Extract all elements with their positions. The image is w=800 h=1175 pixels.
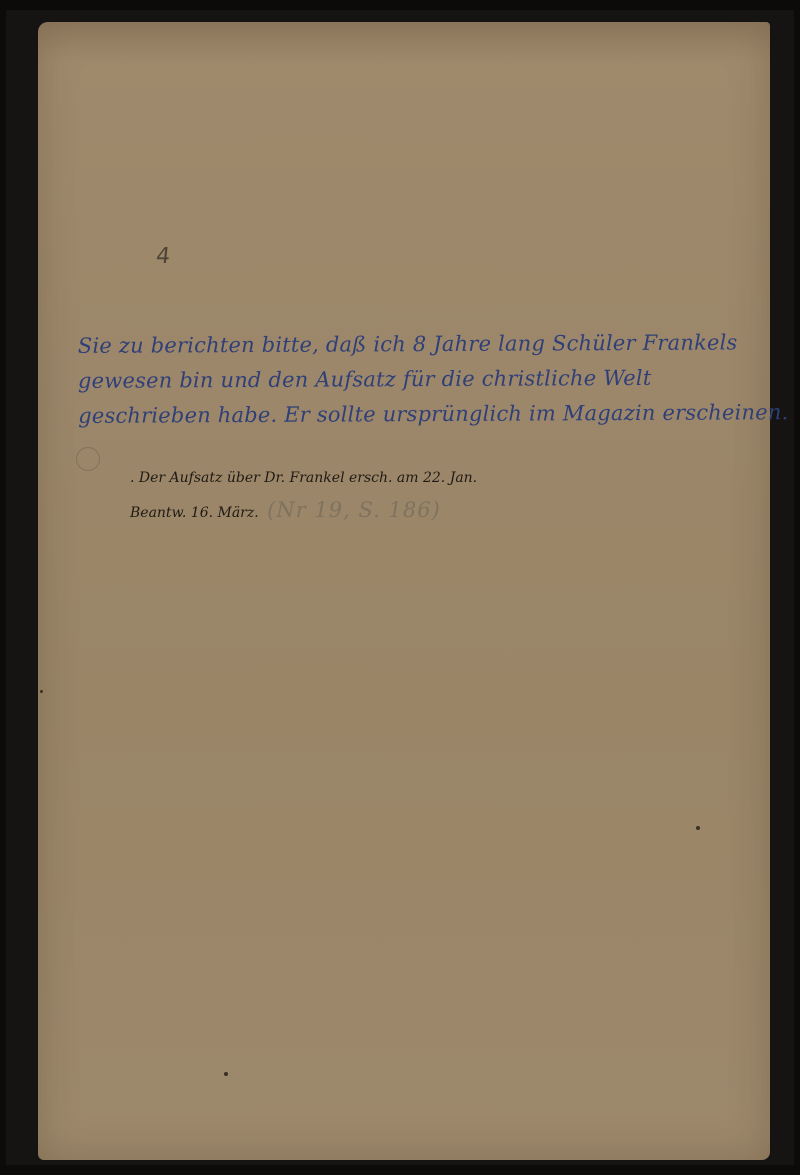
annotation-line: Beantw. 16. März. <box>130 505 259 521</box>
main-handwritten-text: Sie zu berichten bitte, daß ich 8 Jahre … <box>78 325 799 434</box>
page-number: 4 <box>155 244 172 269</box>
paper-page: 4 Sie zu berichten bitte, daß ich 8 Jahr… <box>38 22 770 1160</box>
ink-spot <box>224 1072 228 1076</box>
annotation-line: . Der Aufsatz über Dr. Frankel ersch. am… <box>130 462 477 494</box>
scan-frame: 4 Sie zu berichten bitte, daß ich 8 Jahr… <box>6 10 794 1165</box>
ink-spot <box>696 826 700 830</box>
annotation-note: . Der Aufsatz über Dr. Frankel ersch. am… <box>130 462 477 529</box>
main-text-line: geschrieben habe. Er sollte ursprünglich… <box>78 395 798 434</box>
annotation-line-with-pencil: Beantw. 16. März. (Nr 19, S. 186) <box>130 494 477 529</box>
ink-spot <box>40 690 43 693</box>
pencil-reference-note: (Nr 19, S. 186) <box>267 498 441 522</box>
paper-stain <box>76 447 100 471</box>
main-text-line: Sie zu berichten bitte, daß ich 8 Jahre … <box>78 325 798 364</box>
main-text-line: gewesen bin und den Aufsatz für die chri… <box>78 360 798 399</box>
